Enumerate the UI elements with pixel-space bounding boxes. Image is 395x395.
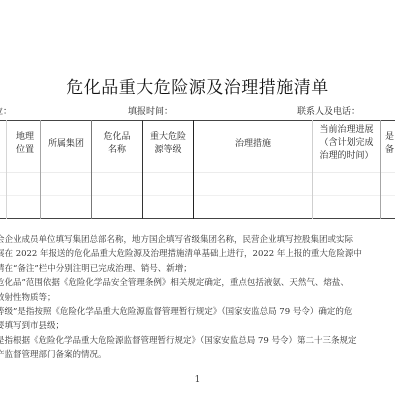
note-line: 展在 2022 年报送的危化品重大危险源及治理措施清单基础上进行，2022 年上… xyxy=(0,247,395,261)
note-line: 是指根据《危险化学品重大危险源监督管理暂行规定》（国家安监总局 79 号令）第二… xyxy=(0,334,395,348)
note-line: 等级”是指按照《危险化学品重大危险源监督管理暂行规定》（国家安监总局 79 号令… xyxy=(0,305,395,319)
note-line: 产监督管理部门备案的情况。 xyxy=(0,348,395,362)
col-divider-2 xyxy=(40,120,41,219)
form-meta-row: 位： 填报时间： 联系人及电话： xyxy=(0,104,395,118)
header-remarks: 是 备 xyxy=(385,131,395,157)
col-divider-1 xyxy=(6,120,7,219)
header-location: 地理 位置 xyxy=(10,131,40,157)
document-title: 危化品重大危险源及治理措施清单 xyxy=(0,73,395,98)
table-bottom-border xyxy=(0,218,395,219)
page-number: 1 xyxy=(0,375,395,385)
note-line: 危化品”范围依据《危险化学品安全管理条例》相关规定确定，重点包括液氨、天然气、熔… xyxy=(0,276,395,290)
note-line: 请在“备注”栏中分别注明已完成治理、销号、新增； xyxy=(0,262,395,276)
note-line: 要填写到市县级； xyxy=(0,319,395,333)
hazard-sources-table: 地理 位置 所属集团 危化品 名称 重大危险 源等级 治理措施 当前治理进展 （… xyxy=(0,120,395,219)
contact-label: 联系人及电话： xyxy=(297,104,360,117)
header-hazard-level: 重大危险 源等级 xyxy=(143,131,193,157)
note-line: 放射性物质等； xyxy=(0,291,395,305)
note-line: 会企业成员单位填写集团总部名称，地方国企填写省级集团名称，民营企业填写控股集团或… xyxy=(0,233,395,247)
row-divider xyxy=(0,195,395,196)
header-measures: 治理措施 xyxy=(194,138,312,151)
header-bottom-border xyxy=(0,172,395,173)
col-divider-5 xyxy=(193,120,194,219)
table-top-border xyxy=(0,120,395,121)
header-chemical-name: 危化品 名称 xyxy=(92,131,142,157)
fill-time-label: 填报时间： xyxy=(128,104,173,117)
reporting-unit-label: 位： xyxy=(0,104,12,117)
notes-section: 会企业成员单位填写集团总部名称，地方国企填写省级集团名称，民营企业填写控股集团或… xyxy=(0,233,395,363)
col-divider-7 xyxy=(380,120,381,219)
header-group: 所属集团 xyxy=(41,138,91,151)
header-progress: 当前治理进展 （含计划完成 治理的时间） xyxy=(313,124,380,163)
